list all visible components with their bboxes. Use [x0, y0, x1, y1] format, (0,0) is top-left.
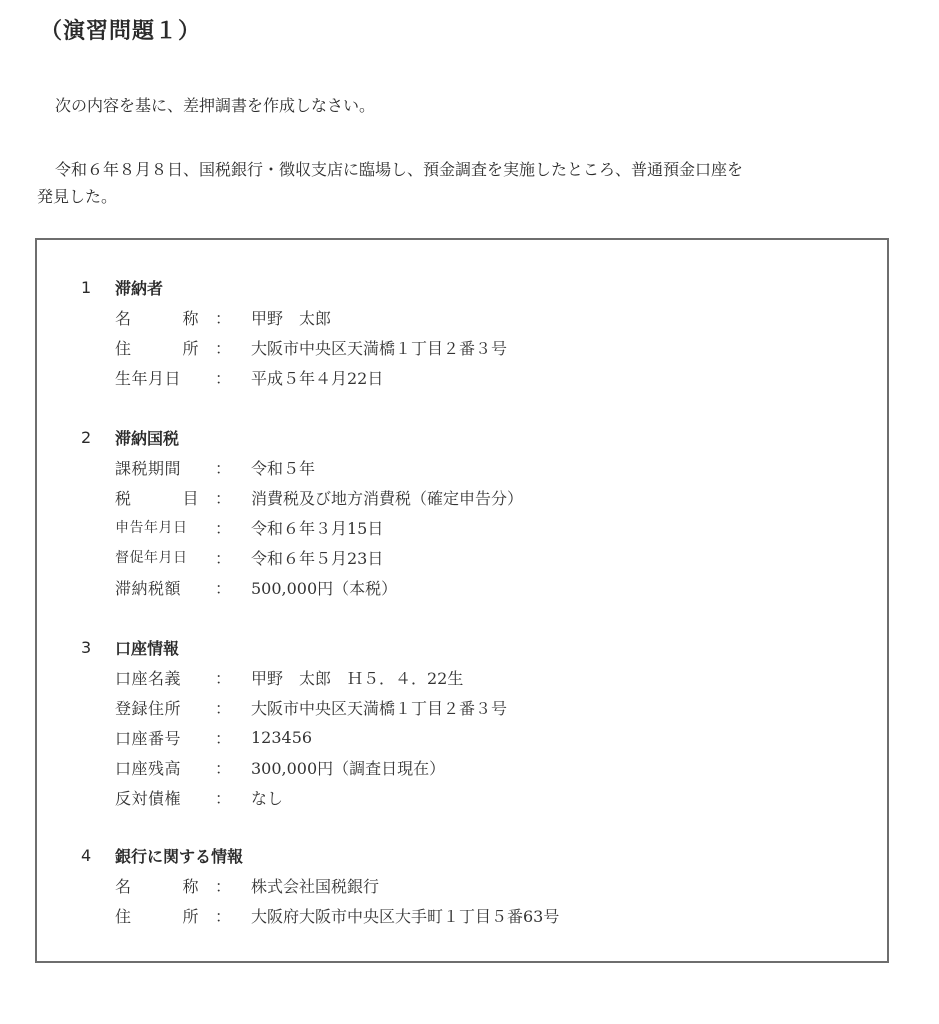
separator: ：	[215, 786, 251, 809]
instruction-label: 次の内容を基に、差押調書を作成しなさい。	[55, 96, 375, 115]
scenario-line-1: 令和６年８月８日、国税銀行・徴収支店に臨場し、預金調査を実施したところ、普通預金…	[55, 160, 743, 179]
section-heading: 4 銀行に関する情報	[81, 840, 559, 870]
section-title: 銀行に関する情報	[115, 844, 243, 867]
field-value: 令和６年３月15日	[251, 516, 383, 539]
field-row-delinquent-amount: 滞納税額 ： 500,000円（本税）	[81, 572, 523, 602]
field-label: 反対債権	[115, 786, 215, 809]
field-row-account-holder: 口座名義 ： 甲野 太郎 Ｈ５．４．22生	[81, 662, 507, 692]
field-label: 滞納税額	[115, 576, 215, 599]
field-label: 口座名義	[115, 666, 215, 689]
field-row-name: 名称 ： 甲野 太郎	[81, 302, 507, 332]
field-row-demand-date: 督促年月日 ： 令和６年５月23日	[81, 542, 523, 572]
field-value: 株式会社国税銀行	[251, 874, 379, 897]
field-label: 口座番号	[115, 726, 215, 749]
separator: ：	[215, 696, 251, 719]
field-row-filing-date: 申告年月日 ： 令和６年３月15日	[81, 512, 523, 542]
field-value: 令和６年５月23日	[251, 546, 383, 569]
field-label: 住所	[115, 904, 199, 927]
field-row-tax-period: 課税期間 ： 令和５年	[81, 452, 523, 482]
field-row-address: 住所 ： 大阪市中央区天満橋１丁目２番３号	[81, 332, 507, 362]
separator: ：	[215, 306, 251, 329]
field-value: 平成５年４月22日	[251, 366, 383, 389]
field-value: 大阪市中央区天満橋１丁目２番３号	[251, 696, 507, 719]
separator: ：	[215, 576, 251, 599]
info-box: 1 滞納者 名称 ： 甲野 太郎 住所 ： 大阪市中央区天満橋１丁目２番３号 生…	[35, 238, 889, 963]
separator: ：	[215, 336, 251, 359]
field-value: 甲野 太郎	[251, 306, 331, 329]
field-label: 住所	[115, 336, 199, 359]
field-label: 督促年月日	[115, 547, 215, 567]
section-number: 2	[81, 428, 115, 447]
field-label: 課税期間	[115, 456, 215, 479]
field-row-tax-item: 税目 ： 消費税及び地方消費税（確定申告分）	[81, 482, 523, 512]
section-heading: 1 滞納者	[81, 272, 507, 302]
section-delinquent-taxpayer: 1 滞納者 名称 ： 甲野 太郎 住所 ： 大阪市中央区天満橋１丁目２番３号 生…	[81, 272, 507, 392]
section-heading: 3 口座情報	[81, 632, 507, 662]
section-heading: 2 滞納国税	[81, 422, 523, 452]
section-number: 3	[81, 638, 115, 657]
field-label: 登録住所	[115, 696, 215, 719]
separator: ：	[215, 516, 251, 539]
field-row-counterclaim: 反対債権 ： なし	[81, 782, 507, 812]
field-row-account-balance: 口座残高 ： 300,000円（調査日現在）	[81, 752, 507, 782]
field-label: 名称	[115, 874, 199, 897]
field-label: 税目	[115, 486, 199, 509]
separator: ：	[215, 666, 251, 689]
scenario-line-2: 発見した。	[37, 183, 907, 210]
separator: ：	[215, 904, 251, 927]
instruction-text: 次の内容を基に、差押調書を作成しなさい。	[37, 92, 375, 119]
field-value: なし	[251, 786, 283, 809]
field-value: 123456	[251, 728, 312, 747]
section-account-info: 3 口座情報 口座名義 ： 甲野 太郎 Ｈ５．４．22生 登録住所 ： 大阪市中…	[81, 632, 507, 812]
exercise-title: （演習問題１）	[40, 14, 201, 45]
field-row-birthdate: 生年月日 ： 平成５年４月22日	[81, 362, 507, 392]
field-label: 生年月日	[115, 366, 215, 389]
section-number: 1	[81, 278, 115, 297]
field-row-registered-address: 登録住所 ： 大阪市中央区天満橋１丁目２番３号	[81, 692, 507, 722]
field-row-bank-name: 名称 ： 株式会社国税銀行	[81, 870, 559, 900]
field-label: 名称	[115, 306, 199, 329]
section-title: 滞納者	[115, 276, 163, 299]
separator: ：	[215, 726, 251, 749]
field-value: 500,000円（本税）	[251, 576, 397, 599]
section-number: 4	[81, 846, 115, 865]
section-title: 滞納国税	[115, 426, 179, 449]
field-value: 大阪市中央区天満橋１丁目２番３号	[251, 336, 507, 359]
section-bank-info: 4 銀行に関する情報 名称 ： 株式会社国税銀行 住所 ： 大阪府大阪市中央区大…	[81, 840, 559, 930]
field-row-bank-address: 住所 ： 大阪府大阪市中央区大手町１丁目５番63号	[81, 900, 559, 930]
field-value: 甲野 太郎 Ｈ５．４．22生	[251, 666, 463, 689]
separator: ：	[215, 486, 251, 509]
field-label: 申告年月日	[115, 517, 215, 537]
section-delinquent-tax: 2 滞納国税 課税期間 ： 令和５年 税目 ： 消費税及び地方消費税（確定申告分…	[81, 422, 523, 602]
field-value: 300,000円（調査日現在）	[251, 756, 445, 779]
field-value: 令和５年	[251, 456, 315, 479]
scenario-text: 令和６年８月８日、国税銀行・徴収支店に臨場し、預金調査を実施したところ、普通預金…	[37, 156, 907, 210]
separator: ：	[215, 756, 251, 779]
field-label: 口座残高	[115, 756, 215, 779]
separator: ：	[215, 546, 251, 569]
field-value: 大阪府大阪市中央区大手町１丁目５番63号	[251, 904, 559, 927]
separator: ：	[215, 366, 251, 389]
separator: ：	[215, 456, 251, 479]
field-row-account-number: 口座番号 ： 123456	[81, 722, 507, 752]
section-title: 口座情報	[115, 636, 179, 659]
field-value: 消費税及び地方消費税（確定申告分）	[251, 486, 523, 509]
separator: ：	[215, 874, 251, 897]
